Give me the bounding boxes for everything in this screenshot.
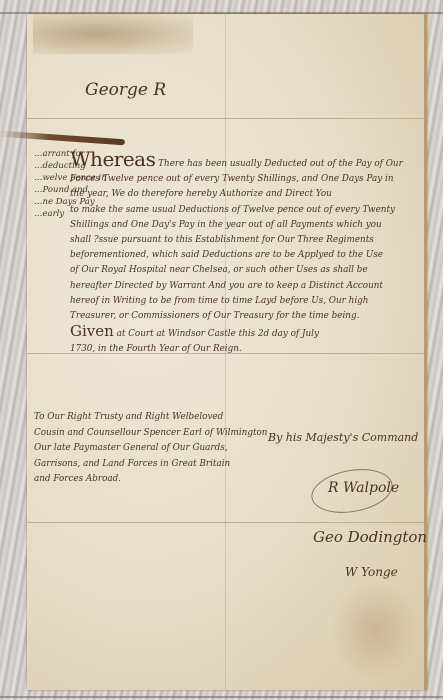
body-line: hereof in Writing to be from time to tim…: [70, 294, 420, 309]
command-line: By his Majesty's Command: [268, 431, 418, 444]
date-line: 1730, in the Fourth Year of Our Reign.: [70, 342, 420, 357]
given-line: Given at Court at Windsor Castle this 2d…: [70, 324, 420, 342]
given-word: Given: [70, 322, 114, 340]
body-line: hereafter Directed by Warrant And you ar…: [70, 279, 420, 294]
address-block: To Our Right Trusty and Right Welbeloved…: [34, 410, 267, 488]
body-line: beforementioned, which said Deductions a…: [70, 248, 420, 263]
body-line: Forces Twelve pence out of every Twenty …: [70, 172, 420, 187]
address-line: Garrisons, and Land Forces in Great Brit…: [34, 457, 267, 473]
address-line: and Forces Abroad.: [34, 472, 267, 488]
body-line: the year, We do therefore hereby Authori…: [70, 187, 420, 202]
opening-word: Whereas: [70, 147, 155, 171]
address-line: To Our Right Trusty and Right Welbeloved: [34, 410, 267, 426]
body-line: of Our Royal Hospital near Chelsea, or s…: [70, 263, 420, 278]
water-stain: [33, 14, 193, 54]
warrant-body: Whereas There has been usually Deducted …: [70, 152, 420, 358]
address-line: Our late Paymaster General of Our Guards…: [34, 441, 267, 457]
body-line: to make the same usual Deductions of Twe…: [70, 203, 420, 218]
wood-slat-divider: [0, 696, 443, 698]
royal-signature: George R: [85, 80, 166, 100]
signature-walpole: R Walpole: [328, 480, 399, 496]
address-line: Cousin and Counsellour Spencer Earl of W…: [34, 426, 267, 442]
body-line: Whereas There has been usually Deducted …: [70, 152, 420, 172]
water-stain: [330, 580, 420, 680]
body-line: Shillings and One Day's Pay in the year …: [70, 218, 420, 233]
signature-dodington: Geo Dodington: [313, 528, 427, 546]
body-line: shall ?ssue pursuant to this Establishme…: [70, 233, 420, 248]
signature-yonge: W Yonge: [345, 565, 398, 579]
body-line: Treasurer, or Commissioners of Our Treas…: [70, 309, 420, 324]
